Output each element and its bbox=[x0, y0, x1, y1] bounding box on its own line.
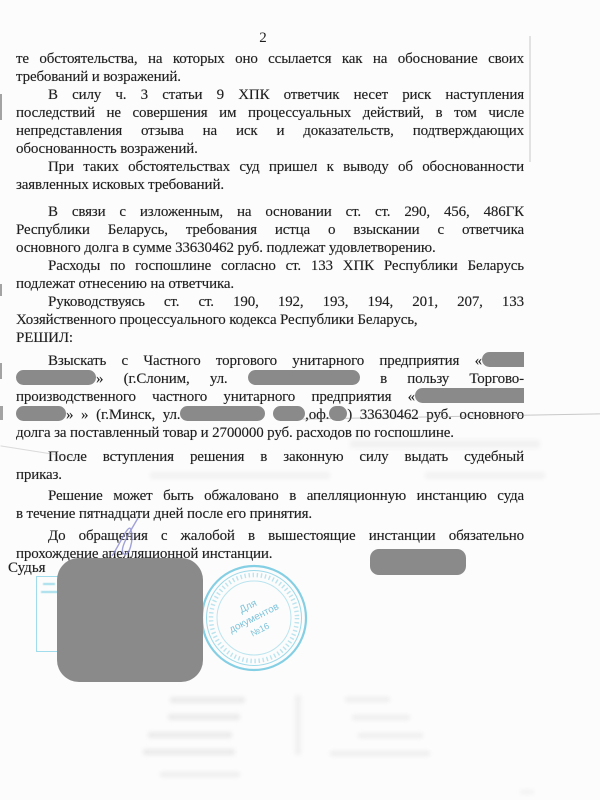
inline-redaction bbox=[180, 406, 265, 421]
decree-paragraph: Взыскать с Частного торгового унитарного… bbox=[16, 352, 524, 442]
bleedthrough-smudge bbox=[168, 714, 240, 720]
text-line: те обстоятельства, на которых оно ссылае… bbox=[16, 50, 524, 68]
bleedthrough-smudge bbox=[358, 733, 423, 738]
bleedthrough-smudge bbox=[170, 697, 245, 703]
text-segment: » » (г.Минск, ул. bbox=[66, 407, 180, 423]
text-segment: в пользу Торгово- bbox=[380, 371, 524, 387]
text-line: Взыскать с Частного торгового унитарного… bbox=[16, 352, 524, 370]
text-line: Расходы по госпошлине согласно ст. 133 Х… bbox=[16, 257, 524, 275]
paragraph: Расходы по госпошлине согласно ст. 133 Х… bbox=[16, 257, 524, 293]
text-line: Руководствуясь ст. ст. 190, 192, 193, 19… bbox=[16, 293, 524, 311]
scan-artifact bbox=[0, 363, 2, 379]
text-segment: ,оф. bbox=[305, 407, 329, 423]
bleedthrough-smudge bbox=[425, 472, 545, 479]
text-line: В силу ч. 3 статьи 9 ХПК ответчик несет … bbox=[16, 86, 524, 104]
bleedthrough-smudge bbox=[295, 695, 301, 755]
bleedthrough-smudge bbox=[143, 749, 235, 755]
text-line: Хозяйственного процессуального кодекса Р… bbox=[16, 311, 524, 329]
text-line: заявленных исковых требований. bbox=[16, 176, 524, 194]
text-line: » (г.Слоним, ул. в пользу Торгово- bbox=[16, 370, 524, 388]
text-segment: производственного частного унитарного пр… bbox=[16, 389, 415, 405]
scan-artifact bbox=[0, 284, 2, 296]
bleedthrough-smudge bbox=[150, 472, 330, 479]
stamp-text-mark bbox=[43, 583, 55, 585]
text-line: требований и возражений. bbox=[16, 68, 524, 86]
bleedthrough-smudge bbox=[350, 440, 540, 448]
body-text: те обстоятельства, на которых оно ссылае… bbox=[16, 50, 524, 563]
scan-artifact bbox=[0, 94, 2, 120]
inline-redaction bbox=[248, 370, 360, 385]
paragraph: Решение может быть обжаловано в апелляци… bbox=[16, 487, 524, 523]
text-line: При таких обстоятельствах суд пришел к в… bbox=[16, 158, 524, 176]
text-line: производственного частного унитарного пр… bbox=[16, 388, 524, 406]
scan-artifact bbox=[0, 406, 3, 420]
bleedthrough-smudge bbox=[520, 790, 534, 794]
scanned-court-document-page: 2 те обстоятельства, на которых оно ссыл… bbox=[0, 0, 600, 800]
text-line: Республики Беларусь, требования истца о … bbox=[16, 221, 524, 239]
paragraph: В силу ч. 3 статьи 9 ХПК ответчик несет … bbox=[16, 86, 524, 158]
bleedthrough-smudge bbox=[160, 772, 240, 777]
signature-label: Судья bbox=[8, 560, 46, 577]
text-line: До обращения с жалобой в вышестоящие инс… bbox=[16, 527, 524, 545]
bleedthrough-smudge bbox=[345, 697, 390, 702]
text-line: В связи с изложенным, на основании ст. с… bbox=[16, 203, 524, 221]
text-segment: » (г.Слоним, ул. bbox=[96, 371, 228, 387]
inline-redaction bbox=[16, 370, 96, 385]
text-line: После вступления решения в законную силу… bbox=[16, 448, 524, 466]
signature-redaction bbox=[57, 558, 203, 682]
text-line: обоснованность возражений. bbox=[16, 140, 524, 158]
inline-redaction bbox=[16, 406, 66, 421]
page-number: 2 bbox=[0, 30, 526, 47]
round-stamp: Для документов №16 bbox=[198, 562, 310, 674]
text-line: последствий не совершения им процессуаль… bbox=[16, 104, 524, 122]
scan-artifact bbox=[529, 36, 531, 162]
paragraph: В связи с изложенным, на основании ст. с… bbox=[16, 203, 524, 257]
paragraph: Руководствуясь ст. ст. 190, 192, 193, 19… bbox=[16, 293, 524, 347]
paragraph: При таких обстоятельствах суд пришел к в… bbox=[16, 158, 524, 194]
paragraph: те обстоятельства, на которых оно ссылае… bbox=[16, 50, 524, 86]
text-segment: Взыскать с Частного торгового унитарного… bbox=[48, 353, 482, 369]
inline-redaction bbox=[415, 388, 524, 403]
text-line: основного долга в сумме 33630462 руб. по… bbox=[16, 239, 524, 257]
bleedthrough-smudge bbox=[352, 715, 410, 720]
decision-word: РЕШИЛ: bbox=[16, 329, 524, 347]
text-line: в течение пятнадцати дней после его прин… bbox=[16, 505, 524, 523]
text-line: непредставления отзыва на иск и доказате… bbox=[16, 122, 524, 140]
bleedthrough-smudge bbox=[148, 732, 232, 738]
inline-redaction bbox=[482, 352, 524, 367]
bleedthrough-smudge bbox=[330, 751, 430, 756]
text-line: » » (г.Минск, ул. ,оф.) 33630462 руб. ос… bbox=[16, 406, 524, 424]
text-line: Решение может быть обжаловано в апелляци… bbox=[16, 487, 524, 505]
text-line: подлежат отнесению на ответчика. bbox=[16, 275, 524, 293]
judge-name-redaction bbox=[370, 549, 466, 575]
